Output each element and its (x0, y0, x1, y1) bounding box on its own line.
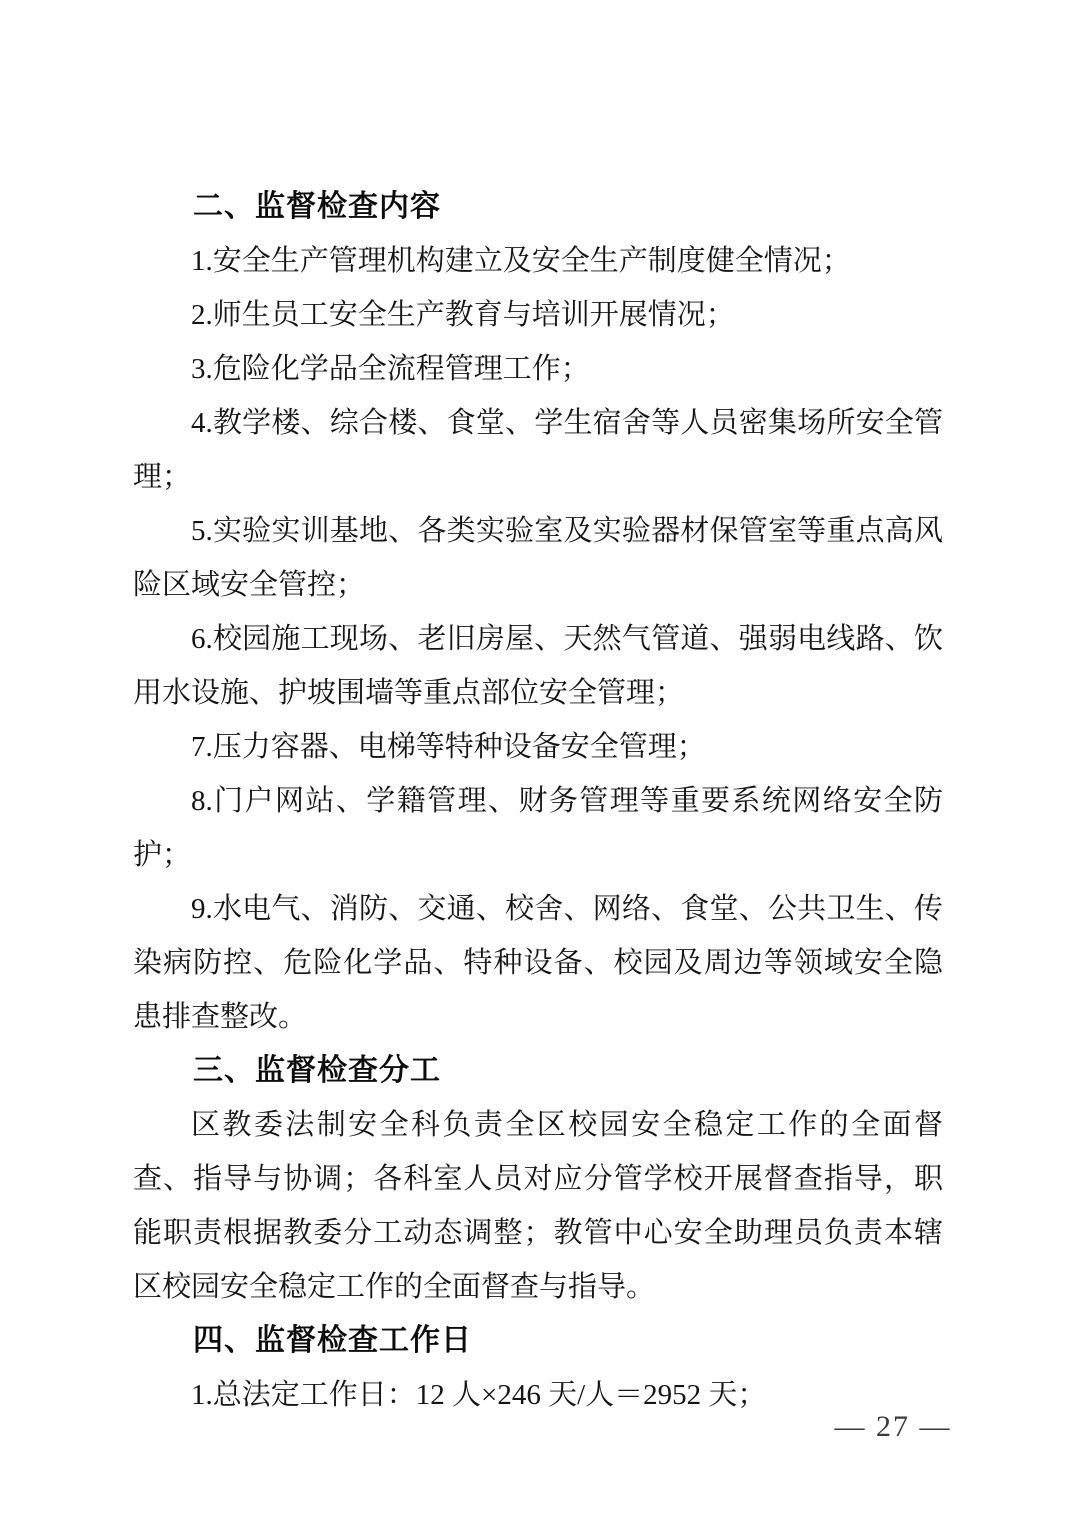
section-heading-4: 四、监督检查工作日 (133, 1314, 943, 1368)
paragraph-division-of-duties: 区教委法制安全科负责全区校园安全稳定工作的全面督查、指导与协调；各科室人员对应分… (133, 1098, 943, 1314)
list-item-9: 9.水电气、消防、交通、校舍、网络、食堂、公共卫生、传染病防控、危险化学品、特种… (133, 882, 943, 1044)
page-number: — 27 — (818, 1405, 968, 1449)
list-item-7: 7.压力容器、电梯等特种设备安全管理； (133, 720, 943, 774)
list-item-6: 6.校园施工现场、老旧房屋、天然气管道、强弱电线路、饮用水设施、护坡围墙等重点部… (133, 612, 943, 720)
section-heading-2: 二、监督检查内容 (133, 180, 943, 234)
list-item-8: 8.门户网站、学籍管理、财务管理等重要系统网络安全防护； (133, 774, 943, 882)
list-item-5: 5.实验实训基地、各类实验室及实验器材保管室等重点高风险区域安全管控； (133, 504, 943, 612)
document-body: 二、监督检查内容 1.安全生产管理机构建立及安全生产制度健全情况； 2.师生员工… (133, 180, 943, 1422)
list-item-2: 2.师生员工安全生产教育与培训开展情况； (133, 288, 943, 342)
list-item-4: 4.教学楼、综合楼、食堂、学生宿舍等人员密集场所安全管理； (133, 396, 943, 504)
section-heading-3: 三、监督检查分工 (133, 1044, 943, 1098)
document-page: 二、监督检查内容 1.安全生产管理机构建立及安全生产制度健全情况； 2.师生员工… (0, 0, 1074, 1520)
list-item-1: 1.安全生产管理机构建立及安全生产制度健全情况； (133, 234, 943, 288)
list-item-3: 3.危险化学品全流程管理工作； (133, 342, 943, 396)
